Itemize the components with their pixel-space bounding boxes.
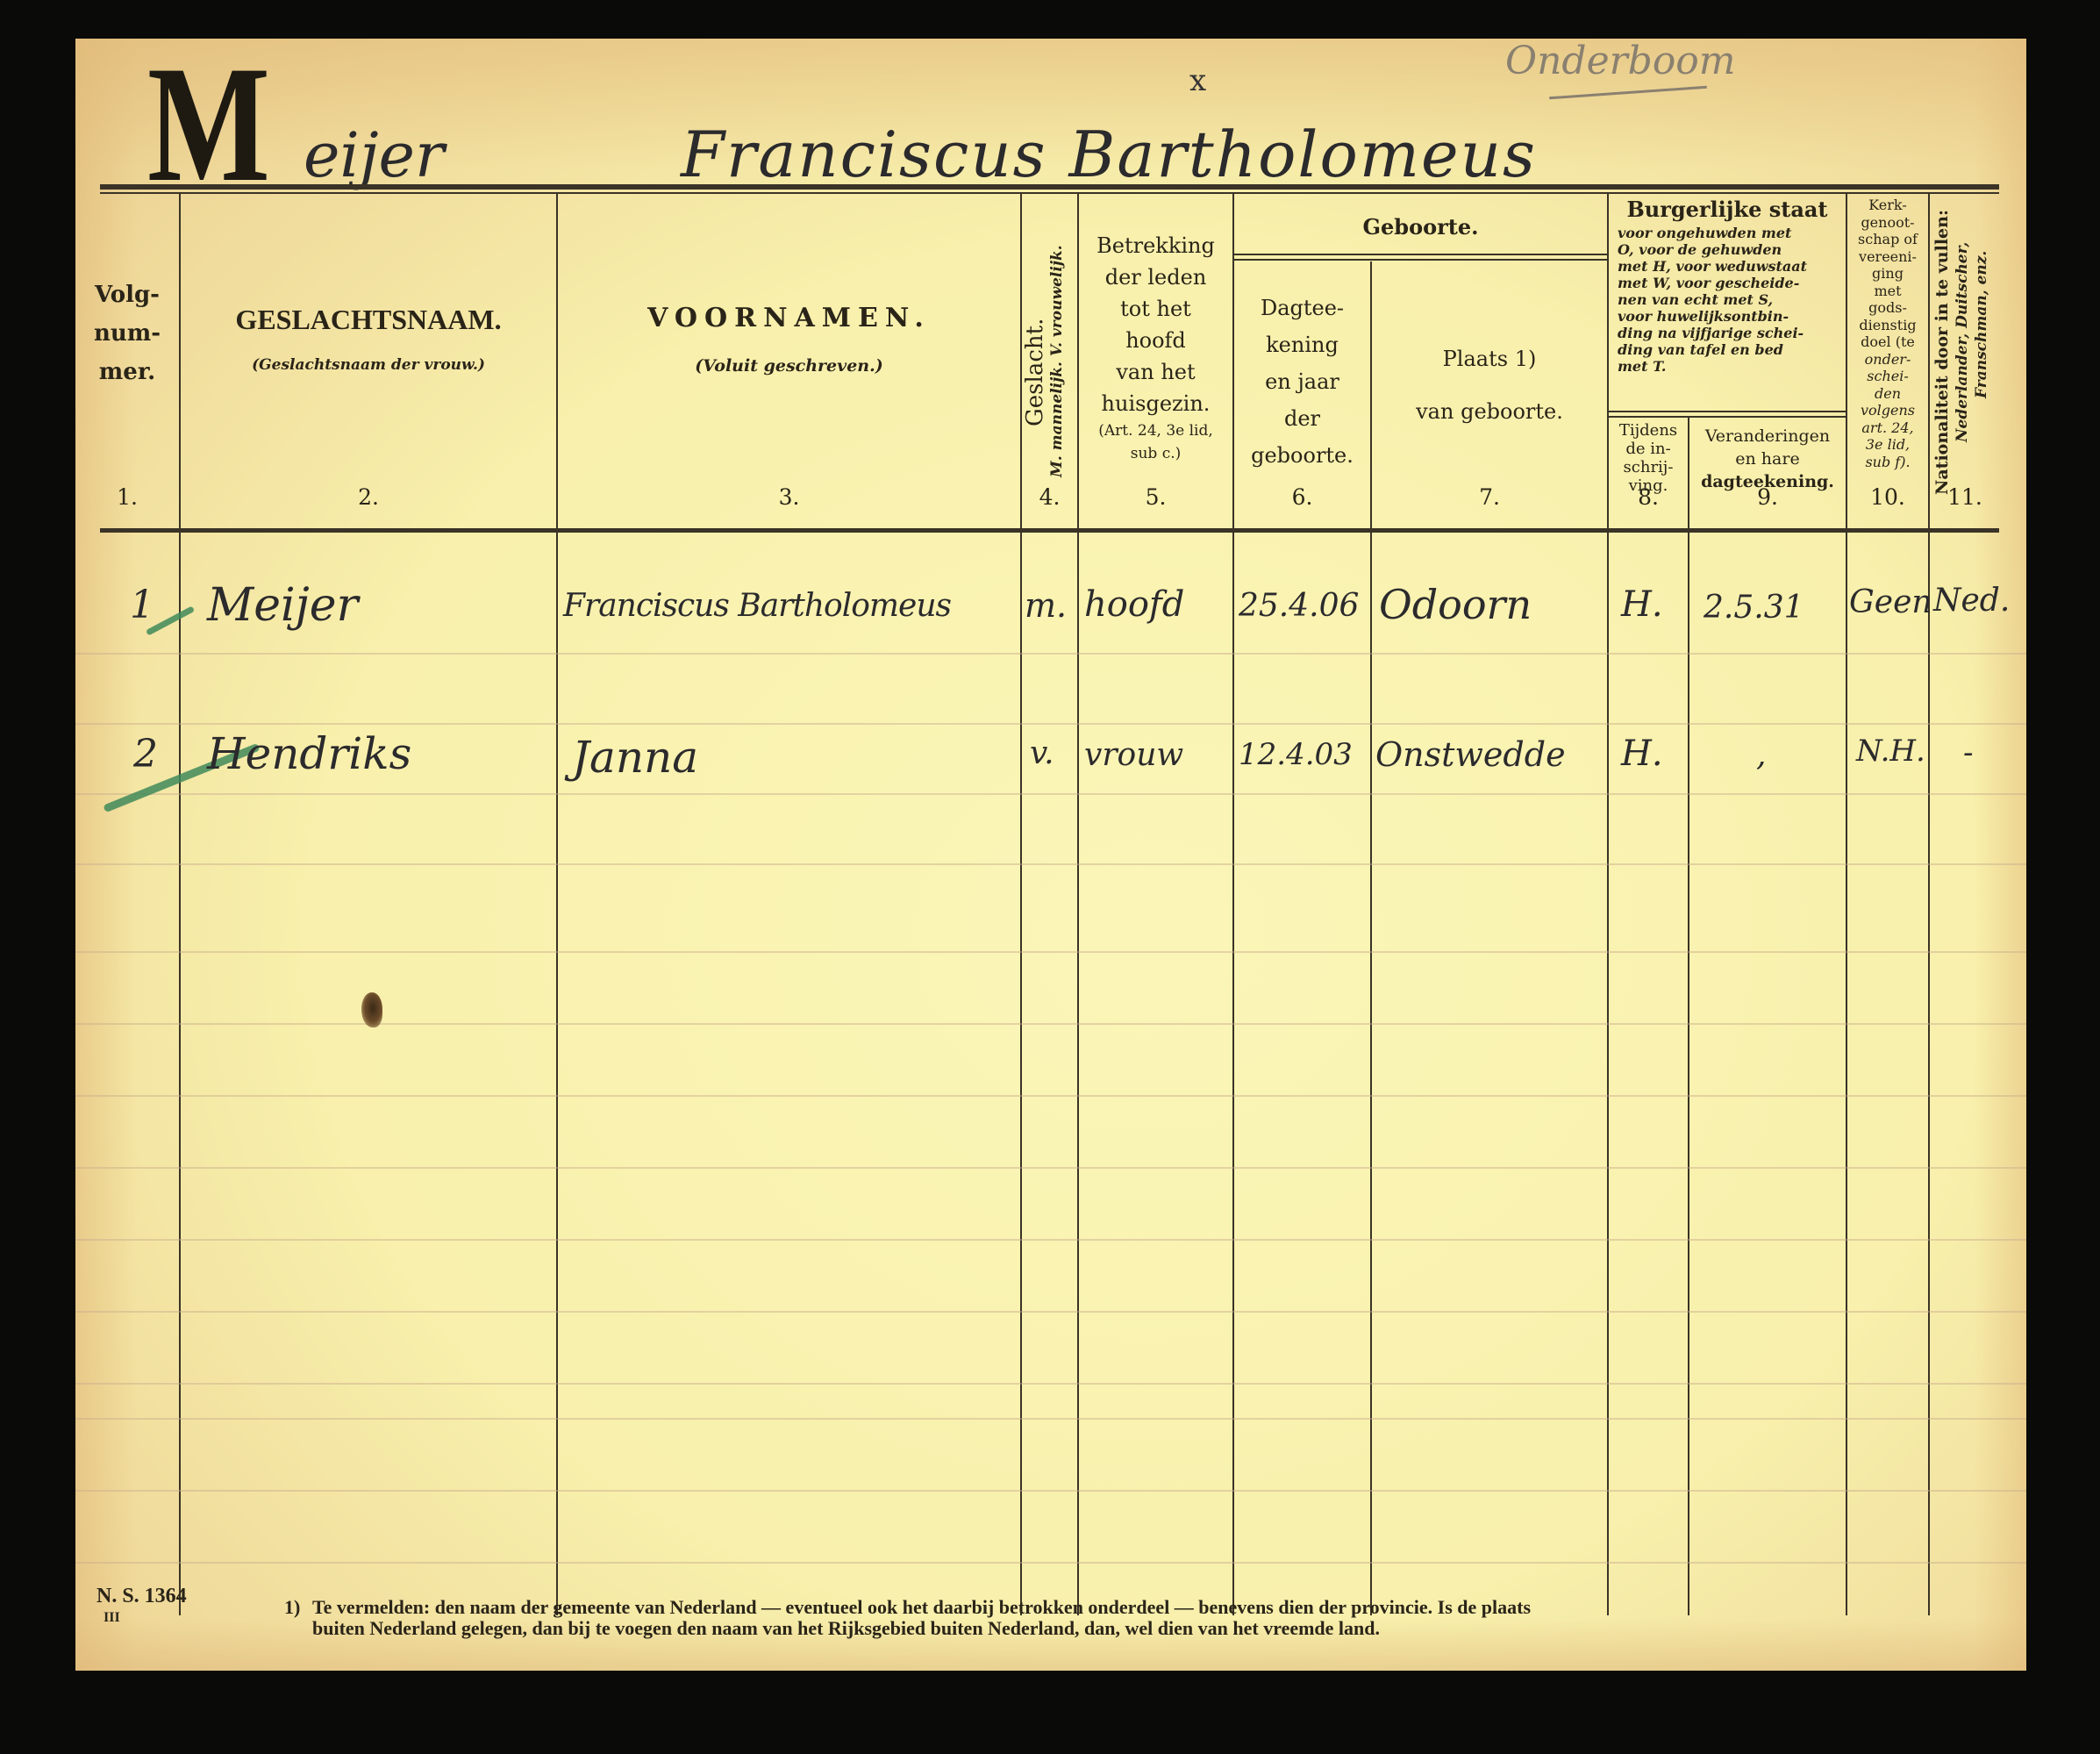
nationality: Ned.: [1933, 583, 2010, 619]
ruled-line: [75, 723, 2026, 725]
header-text: volgens: [1847, 402, 1928, 419]
header-text: van geboorte.: [1372, 398, 1607, 425]
header-text: ding van tafel en bed: [1618, 341, 1839, 358]
header-text: kening: [1234, 326, 1370, 363]
geboorte-rule-a: [1232, 254, 1607, 255]
birth-place: Odoorn: [1379, 581, 1532, 628]
header-geslachtsnaam: GESLACHTSNAAM. (Geslachtsnaam der vrouw.…: [181, 302, 556, 375]
footnote-line: buiten Nederland gelegen, dan bij te voe…: [312, 1618, 1531, 1639]
header-title: Nationaliteit door in te vullen:: [1932, 210, 1953, 495]
header-text: der: [1234, 400, 1370, 437]
ruled-line: [75, 1383, 2026, 1385]
geboorte-rule-b: [1232, 259, 1607, 261]
ink-stain: [361, 992, 382, 1027]
header-text: genoot-: [1847, 214, 1928, 232]
header-text: Volg-: [75, 276, 179, 314]
column-number: 10.: [1847, 484, 1928, 510]
header-text: Tijdens: [1609, 421, 1688, 440]
header-text: ging: [1847, 265, 1928, 283]
header-text: vereeni-: [1847, 248, 1928, 266]
surname-handwritten: eijer: [304, 119, 444, 191]
civil-status: H.: [1621, 734, 1663, 774]
header-text: van het: [1079, 356, 1232, 388]
header-text: Betrekking: [1079, 230, 1232, 261]
header-title: VOORNAMEN.: [558, 302, 1020, 335]
burg-rule-a: [1607, 411, 1846, 412]
header-text: Veranderingen: [1689, 425, 1846, 447]
header-text: nen van echt met S,: [1618, 291, 1839, 308]
header-text: voor huwelijksontbin-: [1618, 308, 1839, 325]
header-text: doel (te: [1847, 333, 1928, 351]
header-volgnummer: Volg- num- mer.: [75, 276, 179, 391]
header-text: gods-: [1847, 299, 1928, 317]
civil-status: H.: [1621, 584, 1663, 625]
cross-mark: x: [1189, 63, 1206, 98]
header-text: ding na vijfjarige schei-: [1618, 325, 1839, 341]
header-text: num-: [75, 314, 179, 353]
header-text: O, voor de gehuwden: [1618, 241, 1839, 258]
col-divider-8: [1688, 418, 1689, 1615]
status-change-date: ,: [1756, 737, 1766, 773]
burg-rule-b: [1607, 416, 1846, 418]
nationality: -: [1963, 735, 1974, 770]
column-number: 8.: [1609, 484, 1688, 510]
header-text: (Art. 24, 3e lid,: [1079, 419, 1232, 442]
footnote-line: Te vermelden: den naam der gemeente van …: [312, 1597, 1531, 1618]
header-voornamen: VOORNAMEN. (Voluit geschreven.): [558, 302, 1020, 376]
header-rule: [100, 528, 1999, 533]
relation: hoofd: [1084, 584, 1184, 625]
header-text: en hare: [1689, 447, 1846, 470]
header-subtitle: Franschman, enz.: [1972, 210, 1991, 495]
header-text: schei-: [1847, 368, 1928, 385]
col-divider-10: [1928, 194, 1930, 1615]
header-text: en jaar: [1234, 363, 1370, 400]
birth-place: Onstwedde: [1375, 735, 1566, 774]
status-change-date: 2.5.31: [1704, 590, 1804, 626]
header-text: mer.: [75, 353, 179, 391]
column-number: 3.: [558, 484, 1020, 510]
ruled-line: [75, 1418, 2026, 1420]
header-text: met: [1847, 283, 1928, 300]
column-number: 2.: [181, 484, 556, 510]
ruled-line: [75, 951, 2026, 953]
header-text: met T.: [1618, 358, 1839, 375]
column-number: 1.: [75, 484, 179, 510]
header-text: met H, voor weduwstaat: [1618, 258, 1839, 275]
index-letter: M: [147, 46, 270, 204]
header-betrekking: Betrekking der leden tot het hoofd van h…: [1079, 230, 1232, 465]
column-number: 5.: [1079, 484, 1232, 510]
header-nationaliteit: Nationaliteit door in te vullen: Nederla…: [1932, 210, 1991, 495]
ruled-line: [75, 1490, 2026, 1492]
header-plaats: Plaats 1) van geboorte.: [1372, 346, 1607, 425]
title-rule-thin: [100, 192, 1999, 194]
header-text: onder-: [1847, 351, 1928, 369]
row-number: 1: [130, 583, 154, 627]
ruled-line: [75, 1167, 2026, 1169]
header-text: der leden: [1079, 261, 1232, 293]
header-text: tot het: [1079, 293, 1232, 325]
header-subtitle: Nederlander, Duitscher,: [1953, 210, 1972, 495]
header-dagteekening: Dagtee- kening en jaar der geboorte.: [1234, 290, 1370, 474]
header-subtitle: M. mannelijk. V. vrouwelijk.: [1047, 245, 1067, 477]
form-number: N. S. 1364 III: [96, 1585, 187, 1626]
header-text: met W, voor gescheide-: [1618, 275, 1839, 291]
header-kerkgenootschap: Kerk- genoot- schap of vereeni- ging met…: [1847, 197, 1928, 470]
column-number: 4.: [1022, 484, 1077, 510]
birth-date: 12.4.03: [1239, 737, 1353, 772]
header-text: den: [1847, 385, 1928, 403]
header-geboorte-group: Geboorte.: [1234, 214, 1607, 240]
birth-date: 25.4.06: [1239, 588, 1359, 624]
form-number-text: N. S. 1364: [96, 1585, 187, 1607]
sex: v.: [1030, 735, 1054, 771]
ruled-line: [75, 863, 2026, 865]
header-text: schrij-: [1609, 458, 1688, 476]
header-text: Dagtee-: [1234, 290, 1370, 326]
ruled-line: [75, 653, 2026, 655]
column-number: 9.: [1689, 484, 1846, 510]
sex: m.: [1025, 586, 1067, 625]
header-veranderingen: Veranderingen en hare dagteekening.: [1689, 425, 1846, 493]
ruled-line: [75, 1095, 2026, 1097]
ruled-line: [75, 793, 2026, 795]
col-divider-1: [179, 194, 181, 1615]
column-number: 7.: [1372, 484, 1607, 510]
header-text: huisgezin.: [1079, 388, 1232, 419]
footnote: 1) Te vermelden: den naam der gemeente v…: [312, 1597, 1531, 1639]
header-text: geboorte.: [1234, 437, 1370, 474]
header-title: Geslacht.: [1023, 245, 1047, 477]
header-text: 3e lid,: [1847, 436, 1928, 454]
footnote-marker: 1): [284, 1597, 300, 1618]
form-series: III: [96, 1610, 187, 1626]
col-divider-2: [556, 194, 558, 1615]
pencil-note: Onderboom: [1505, 39, 1736, 83]
ruled-line: [75, 1562, 2026, 1564]
given-names: Franciscus Bartholomeus: [563, 588, 951, 624]
column-number: 11.: [1930, 484, 2000, 510]
header-text: art. 24,: [1847, 419, 1928, 437]
ruled-line: [75, 1311, 2026, 1313]
header-text: Plaats 1): [1372, 346, 1607, 372]
header-text: schap of: [1847, 231, 1928, 248]
religion: N.H.: [1856, 734, 1925, 769]
header-geslacht: Geslacht. M. mannelijk. V. vrouwelijk.: [1023, 245, 1067, 477]
relation: vrouw: [1084, 737, 1183, 773]
religion: Geen: [1849, 584, 1932, 620]
header-burgerlijke-staat: Burgerlijke staat voor ongehuwden met O,…: [1611, 197, 1844, 375]
registration-card: M eijer Franciscus Bartholomeus x Onderb…: [75, 39, 2026, 1671]
header-text: dienstig: [1847, 317, 1928, 334]
header-title: Burgerlijke staat: [1611, 197, 1844, 223]
header-text: Kerk-: [1847, 197, 1928, 214]
header-text: de in-: [1609, 440, 1688, 458]
header-title: GESLACHTSNAAM.: [181, 302, 556, 337]
title-rule-thick: [100, 184, 1999, 190]
surname: Meijer: [207, 579, 358, 632]
surname: Hendriks: [207, 728, 411, 779]
header-description: voor ongehuwden met O, voor de gehuwden …: [1611, 223, 1844, 375]
given-names-handwritten: Franciscus Bartholomeus: [681, 118, 1537, 191]
header-subtitle: (Voluit geschreven.): [558, 356, 1020, 377]
given-names: Janna: [572, 732, 698, 783]
header-subtitle: (Geslachtsnaam der vrouw.): [181, 356, 556, 375]
header-text: sub f).: [1847, 454, 1928, 471]
ruled-line: [75, 1239, 2026, 1241]
header-text: voor ongehuwden met: [1618, 225, 1839, 241]
header-text: hoofd: [1079, 325, 1232, 356]
col-divider-6: [1370, 261, 1372, 1615]
column-number: 6.: [1234, 484, 1370, 510]
col-divider-7: [1607, 194, 1609, 1615]
pencil-underline: [1549, 86, 1707, 100]
header-text: sub c.): [1079, 442, 1232, 465]
row-number: 2: [133, 732, 158, 777]
